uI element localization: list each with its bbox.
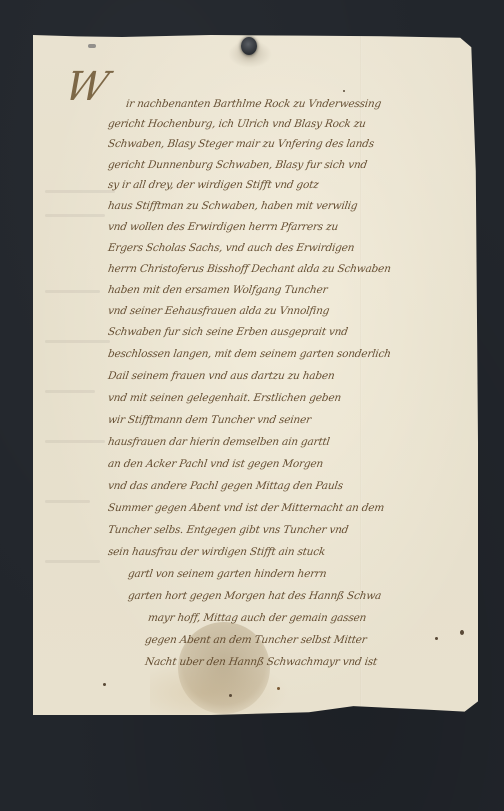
text-line: gericht Dunnenburg Schwaben, Blasy fur s… <box>107 159 439 171</box>
manuscript-text: ir nachbenanten Barthlme Rock zu Vnderwe… <box>0 0 504 811</box>
text-line: vnd das andere Pachl gegen Mittag den Pa… <box>107 480 429 492</box>
text-line: Summer gegen Abent vnd ist der Mitternac… <box>107 502 439 514</box>
text-line: Ergers Scholas Sachs, vnd auch des Erwir… <box>107 242 439 254</box>
text-line: Nacht uber den Hannß Schwachmayr vnd ist <box>144 656 436 668</box>
text-line: Dail seinem frauen vnd aus dartzu zu hab… <box>107 370 434 382</box>
text-line: vnd mit seinen gelegenhait. Erstlichen g… <box>107 392 434 404</box>
text-line: vnd wollen des Erwirdigen herrn Pfarrers… <box>107 221 439 233</box>
text-line: Schwaben, Blasy Steger mair zu Vnfering … <box>107 138 444 150</box>
text-line: gegen Abent an dem Tuncher selbst Mitter <box>144 634 431 646</box>
text-line: vnd seiner Eehausfrauen alda zu Vnnolfin… <box>107 305 434 317</box>
text-line: garten hort gegen Morgen hat des Hannß S… <box>127 590 459 602</box>
text-line: herrn Christoferus Bisshoff Dechant alda… <box>107 263 439 275</box>
text-line: wir Stifftmann dem Tuncher vnd seiner <box>107 414 409 426</box>
text-line: beschlossen langen, mit dem seinem garte… <box>107 348 444 360</box>
text-line: gericht Hochenburg, ich Ulrich vnd Blasy… <box>107 118 444 130</box>
text-line: ir nachbenanten Barthlme Rock zu Vnderwe… <box>125 98 442 110</box>
text-line: haben mit den ersamen Wolfgang Tuncher <box>107 284 434 296</box>
text-line: gartl von seinem garten hindern herrn <box>127 568 434 580</box>
text-line: Tuncher selbs. Entgegen gibt vns Tuncher… <box>107 524 434 536</box>
text-line: Schwaben fur sich seine Erben ausgeprait… <box>107 326 434 338</box>
text-line: haus Stifftman zu Schwaben, haben mit ve… <box>107 200 439 212</box>
text-line: sy ir all drey, der wirdigen Stifft vnd … <box>107 179 439 191</box>
text-line: sein hausfrau der wirdigen Stifft ain st… <box>107 546 429 558</box>
text-line: an den Acker Pachl vnd ist gegen Morgen <box>107 458 434 470</box>
text-line: mayr hoff, Mittag auch der gemain gassen <box>147 612 454 624</box>
text-line: hausfrauen dar hierin demselben ain gart… <box>107 436 439 448</box>
